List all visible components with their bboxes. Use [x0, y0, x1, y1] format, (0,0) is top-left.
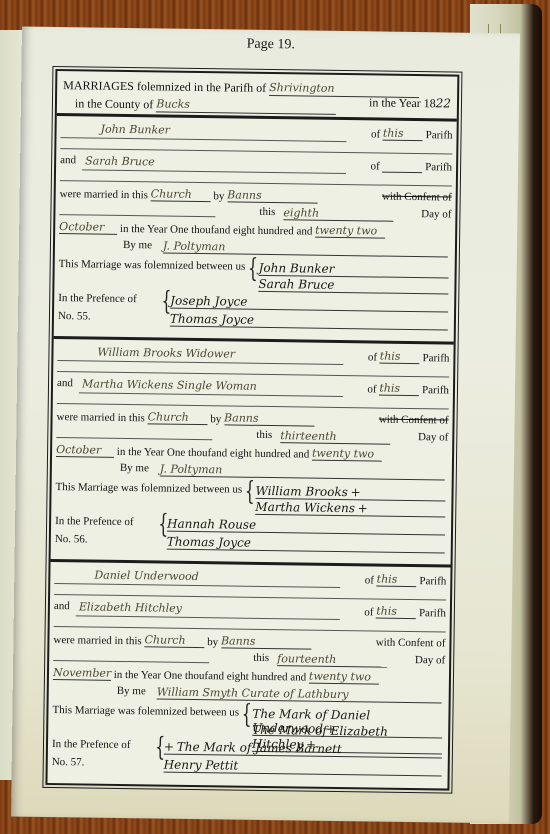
signature-2: Martha Wickens: [255, 500, 355, 515]
and-label: and: [54, 600, 70, 612]
year-value: twenty two: [309, 670, 371, 684]
by-value: Banns: [221, 634, 256, 647]
of-label: of: [370, 160, 379, 172]
presence-label: In the Prefence of: [55, 515, 134, 528]
and-label: and: [57, 377, 73, 389]
signature-1: John Bunker: [259, 261, 335, 276]
married-in-label: were married in this: [60, 188, 148, 201]
presence-label: In the Prefence of: [52, 738, 131, 751]
witness-1: Joseph Joyce: [170, 294, 247, 309]
day-of-label: Day of: [415, 654, 445, 666]
day-of-label: Day of: [418, 431, 448, 443]
of-label: of: [365, 574, 374, 586]
consent-label: with Confent of: [382, 191, 452, 204]
parish-value: Shrivington: [269, 81, 335, 95]
marriage-entry: William Brooks Widower of this Parifh an…: [51, 339, 454, 568]
officiant-value: J. Poltyman: [163, 240, 226, 254]
year-phrase-label: in the Year One thoufand eight hundred a…: [117, 446, 310, 461]
groom-name: Daniel Underwood: [94, 569, 199, 583]
groom-name: John Bunker: [101, 123, 171, 137]
marriage-entry: Daniel Underwood of this Parifh and Eliz…: [47, 562, 450, 788]
parish-label: Parifh: [426, 129, 453, 141]
and-label: and: [60, 154, 76, 166]
by-label: by: [210, 413, 221, 425]
married-in-label: were married in this: [56, 411, 144, 424]
by-label: by: [207, 636, 218, 648]
witness-mark: +: [164, 740, 174, 754]
this-label: this: [256, 429, 272, 441]
day-value: fourteenth: [277, 652, 336, 666]
groom-parish: this: [377, 573, 398, 586]
bride-parish: this: [379, 382, 400, 395]
year-written: 22: [436, 96, 451, 110]
witness-1: The Mark of James Barnett: [177, 740, 342, 756]
of-label: of: [367, 383, 376, 395]
year-value: twenty two: [315, 224, 377, 238]
witness-1: Hannah Rouse: [167, 517, 256, 532]
day-value: thirteenth: [280, 429, 336, 443]
consent-label: with Confent of: [376, 637, 446, 650]
groom-name: William Brooks Widower: [97, 346, 235, 361]
married-in-label: were married in this: [53, 634, 141, 647]
marriages-label: MARRIAGES folemnized in the Parifh of: [63, 78, 266, 95]
year-label: in the Year: [369, 95, 421, 110]
register-header: MARRIAGES folemnized in the Parifh of Sh…: [57, 71, 458, 122]
bride-name: Elizabeth Hitchley: [79, 600, 182, 614]
county-label: in the County of: [75, 96, 154, 111]
consent-label: with Confent of: [379, 414, 449, 427]
signature-1: William Brooks: [255, 484, 347, 499]
day-value: eighth: [283, 206, 319, 219]
bride-parish: this: [376, 605, 397, 618]
mark-2: +: [358, 501, 368, 515]
bride-name: Sarah Bruce: [85, 154, 155, 168]
month-value: October: [56, 443, 101, 457]
by-me-label: By me: [123, 239, 152, 251]
page-number: Page 19.: [22, 34, 520, 57]
by-value: Banns: [227, 188, 262, 201]
register-frame: MARRIAGES folemnized in the Parifh of Sh…: [45, 69, 459, 791]
presence-label: In the Prefence of: [58, 292, 137, 305]
month-value: November: [53, 666, 111, 680]
year-phrase-label: in the Year One thoufand eight hundred a…: [114, 669, 307, 684]
parish-label: Parifh: [422, 384, 449, 396]
solemnized-label: This Marriage was folemnized between us: [52, 704, 239, 719]
entry-number: No. 56.: [55, 533, 88, 545]
by-label: by: [213, 190, 224, 202]
officiant-value: William Smyth Curate of Lathbury: [157, 685, 349, 701]
of-label: of: [368, 351, 377, 363]
of-label: of: [371, 128, 380, 140]
parish-label: Parifh: [425, 161, 452, 173]
day-of-label: Day of: [421, 208, 451, 220]
register-page: Page 19. MARRIAGES folemnized in the Par…: [11, 27, 520, 824]
year-phrase-label: in the Year One thoufand eight hundred a…: [120, 223, 313, 238]
by-value: Banns: [224, 411, 259, 424]
place-value: Church: [144, 633, 185, 647]
entry-number: No. 57.: [52, 756, 85, 768]
by-me-label: By me: [117, 685, 146, 697]
witness-2: Thomas Joyce: [167, 535, 251, 550]
this-label: this: [253, 652, 269, 664]
parish-label: Parifh: [419, 575, 446, 587]
officiant-value: J. Poltyman: [160, 462, 223, 476]
bride-name: Martha Wickens Single Woman: [82, 377, 257, 392]
this-label: this: [259, 206, 275, 218]
witness-2: Thomas Joyce: [170, 312, 254, 327]
mark-1: +: [350, 485, 360, 499]
year-printed: 18: [424, 96, 436, 110]
witness-2: Henry Pettit: [164, 758, 239, 773]
place-value: Church: [151, 187, 192, 201]
signature-2: Sarah Bruce: [258, 277, 334, 292]
solemnized-label: This Marriage was folemnized between us: [56, 481, 243, 496]
entry-number: No. 55.: [58, 310, 91, 322]
groom-parish: this: [383, 127, 404, 140]
solemnized-label: This Marriage was folemnized between us: [59, 258, 246, 273]
of-label: of: [364, 606, 373, 618]
place-value: Church: [148, 410, 189, 424]
county-value: Bucks: [156, 97, 190, 110]
month-value: October: [59, 220, 104, 234]
parish-label: Parifh: [419, 607, 446, 619]
year-value: twenty two: [312, 447, 374, 461]
groom-parish: this: [380, 350, 401, 363]
by-me-label: By me: [120, 462, 149, 474]
marriage-entry: John Bunker of this Parifh and Sarah Bru…: [54, 116, 457, 345]
parish-label: Parifh: [422, 352, 449, 364]
